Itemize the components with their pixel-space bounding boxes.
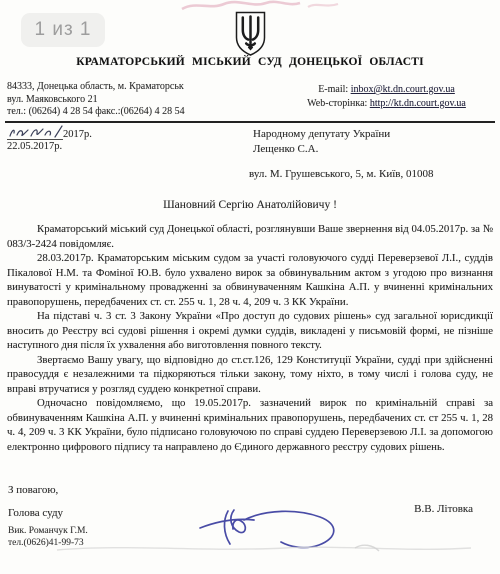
executor-name: Вик. Романчук Г.М. [8, 526, 88, 538]
signer-position: Голова суду [8, 507, 63, 519]
email-label: E-mail: [318, 84, 351, 95]
signer-name: В.В. Літовка [414, 503, 473, 515]
court-phone-line: тел.: (06264) 4 28 54 факс.:(06264) 4 28… [7, 106, 185, 119]
recipient-block: Народному депутату України Лещенко С.А. … [253, 127, 433, 182]
web-link[interactable]: http://kt.dn.court.gov.ua [370, 98, 466, 109]
body-paragraph: Звертаємо Вашу увагу, що відповідно до с… [7, 353, 493, 397]
court-address-line: 84333, Донецька область, м. Краматорськ [7, 81, 185, 94]
handwritten-number [7, 124, 63, 140]
reference-number-line: 2017р. [7, 125, 92, 140]
recipient-title: Народному депутату України [253, 127, 433, 142]
trident-coat-of-arms-icon [232, 10, 269, 58]
court-address-block: 84333, Донецька область, м. Краматорськ … [7, 81, 185, 119]
recipient-name: Лещенко С.А. [253, 142, 433, 157]
body-paragraph: Одночасно повідомляємо, що 19.05.2017р. … [7, 396, 493, 454]
web-line: Web-сторінка: http://kt.dn.court.gov.ua [279, 97, 494, 111]
salutation: Шановний Сергію Анатолійовичу ! [0, 199, 500, 211]
reference-block: 2017р. 22.05.2017р. [7, 125, 92, 152]
court-name-title: КРАМАТОРСЬКИЙ МІСЬКИЙ СУД ДОНЕЦЬКОЇ ОБЛА… [0, 56, 500, 68]
recipient-address: вул. М. Грушевського, 5, м. Київ, 01008 [249, 167, 433, 182]
letter-date: 22.05.2017р. [7, 141, 92, 152]
email-link[interactable]: inbox@kt.dn.court.gov.ua [351, 84, 455, 95]
letter-body: Краматорський міський суд Донецької обла… [7, 222, 493, 454]
body-paragraph: 28.03.2017р. Краматорським міським судом… [7, 251, 493, 309]
header-divider [5, 121, 495, 123]
email-line: E-mail: inbox@kt.dn.court.gov.ua [279, 83, 494, 97]
body-paragraph: На підставі ч. 3 ст. 3 Закону України «П… [7, 309, 493, 353]
scanned-letter-page: 1 из 1 КРАМАТОРСЬКИЙ МІСЬКИЙ СУД ДОНЕЦЬК… [0, 0, 500, 574]
court-address-line: вул. Маяковського 21 [7, 94, 185, 107]
page-indicator-badge: 1 из 1 [21, 13, 105, 47]
closing-regards: З повагою, [8, 484, 58, 496]
scan-artifact [55, 539, 475, 557]
body-paragraph: Краматорський міський суд Донецької обла… [7, 222, 493, 251]
page-indicator-label: 1 из 1 [34, 19, 91, 41]
year-suffix: 2017р. [63, 129, 92, 140]
web-label: Web-сторінка: [307, 98, 370, 109]
court-online-contacts: E-mail: inbox@kt.dn.court.gov.ua Web-сто… [279, 83, 494, 110]
